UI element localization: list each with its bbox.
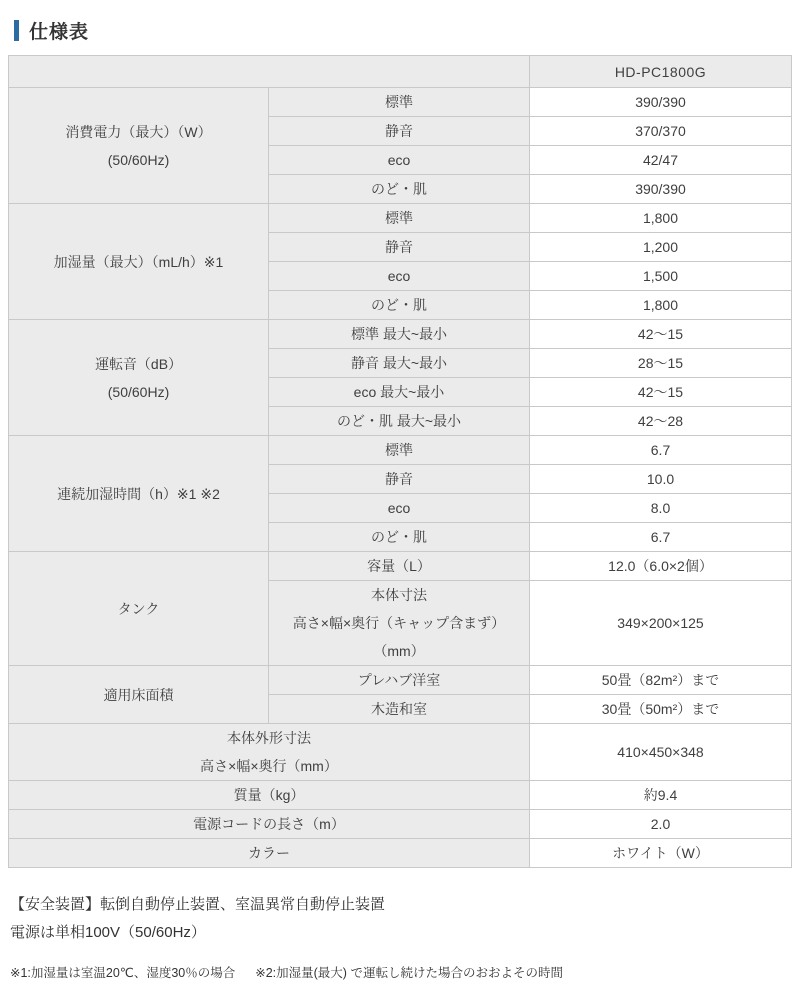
spec-group-label: 連続加湿時間（h）※1 ※2 — [9, 436, 269, 552]
spec-group-label: タンク — [9, 552, 269, 666]
mode-cell: eco — [269, 494, 530, 523]
page-title: 仕様表 — [29, 17, 89, 44]
spec-row-label: 本体外形寸法 高さ×幅×奥行（mm） — [9, 724, 530, 781]
mode-cell: eco — [269, 146, 530, 175]
value-cell: 1,200 — [530, 233, 792, 262]
mode-cell: 標準 — [269, 88, 530, 117]
table-row: タンク 容量（L） 12.0（6.0×2個） — [9, 552, 792, 581]
value-cell: 10.0 — [530, 465, 792, 494]
value-cell: 6.7 — [530, 523, 792, 552]
value-cell: 28〜15 — [530, 349, 792, 378]
section-header: 仕様表 — [0, 0, 800, 55]
table-row: 連続加湿時間（h）※1 ※2 標準 6.7 — [9, 436, 792, 465]
footer: 【安全装置】転倒自動停止装置、室温異常自動停止装置 電源は単相100V（50/6… — [10, 891, 800, 981]
footnote-1: ※1:加湿量は室温20℃、湿度30％の場合 — [10, 966, 235, 980]
group-label-line: (50/60Hz) — [19, 146, 258, 174]
value-cell: 42〜15 — [530, 320, 792, 349]
mode-cell: 本体寸法 高さ×幅×奥行（キャップ含まず）（mm） — [269, 581, 530, 666]
row-label-line: 本体外形寸法 — [19, 724, 519, 752]
group-label-line: 消費電力（最大）（W） — [19, 118, 258, 146]
mode-cell: 容量（L） — [269, 552, 530, 581]
spec-group-label: 運転音（dB） (50/60Hz) — [9, 320, 269, 436]
mode-cell: 静音 — [269, 465, 530, 494]
mode-cell: のど・肌 最大~最小 — [269, 407, 530, 436]
value-cell: 12.0（6.0×2個） — [530, 552, 792, 581]
value-cell: 42/47 — [530, 146, 792, 175]
table-row: 本体外形寸法 高さ×幅×奥行（mm） 410×450×348 — [9, 724, 792, 781]
footnotes: ※1:加湿量は室温20℃、湿度30％の場合※2:加湿量(最大) で運転し続けた場… — [10, 963, 800, 981]
value-cell: 370/370 — [530, 117, 792, 146]
mode-label-line: 高さ×幅×奥行（キャップ含まず）（mm） — [279, 609, 519, 665]
group-label-line: (50/60Hz) — [19, 378, 258, 406]
spec-group-label: 加湿量（最大）（mL/h）※1 — [9, 204, 269, 320]
mode-cell: プレハブ洋室 — [269, 666, 530, 695]
row-label-line: 高さ×幅×奥行（mm） — [19, 752, 519, 780]
power-supply-line: 電源は単相100V（50/60Hz） — [10, 919, 800, 947]
spec-row-label: 質量（kg） — [9, 781, 530, 810]
value-cell: 1,800 — [530, 204, 792, 233]
value-cell: 1,800 — [530, 291, 792, 320]
spec-row-label: 電源コードの長さ（m） — [9, 810, 530, 839]
group-label-line: 連続加湿時間（h）※1 ※2 — [19, 480, 258, 508]
value-cell: 390/390 — [530, 88, 792, 117]
value-cell: 50畳（82m²）まで — [530, 666, 792, 695]
mode-cell: 静音 — [269, 117, 530, 146]
table-row: 適用床面積 プレハブ洋室 50畳（82m²）まで — [9, 666, 792, 695]
title-accent-bar — [14, 20, 19, 41]
table-row: 質量（kg） 約9.4 — [9, 781, 792, 810]
mode-cell: 標準 — [269, 436, 530, 465]
table-row: 運転音（dB） (50/60Hz) 標準 最大~最小 42〜15 — [9, 320, 792, 349]
table-row: HD-PC1800G — [9, 56, 792, 88]
mode-cell: 標準 最大~最小 — [269, 320, 530, 349]
value-cell: 42〜15 — [530, 378, 792, 407]
mode-cell: 静音 — [269, 233, 530, 262]
spec-group-label: 消費電力（最大）（W） (50/60Hz) — [9, 88, 269, 204]
value-cell: 6.7 — [530, 436, 792, 465]
mode-cell: のど・肌 — [269, 175, 530, 204]
page: 仕様表 HD-PC1800G 消費電力（最大）（W） (50/60Hz) 標準 … — [0, 0, 800, 990]
spec-table: HD-PC1800G 消費電力（最大）（W） (50/60Hz) 標準 390/… — [8, 55, 792, 868]
table-row: 電源コードの長さ（m） 2.0 — [9, 810, 792, 839]
table-row: 加湿量（最大）（mL/h）※1 標準 1,800 — [9, 204, 792, 233]
table-row: カラー ホワイト（W） — [9, 839, 792, 868]
group-label-line: タンク — [19, 595, 258, 623]
group-label-line: 適用床面積 — [19, 681, 258, 709]
spec-row-label: カラー — [9, 839, 530, 868]
value-cell: 2.0 — [530, 810, 792, 839]
footnote-2: ※2:加湿量(最大) で運転し続けた場合のおおよその時間 — [255, 966, 563, 980]
group-label-line: 加湿量（最大）（mL/h）※1 — [19, 248, 258, 276]
value-cell: 42〜28 — [530, 407, 792, 436]
value-cell: 30畳（50m²）まで — [530, 695, 792, 724]
mode-cell: 木造和室 — [269, 695, 530, 724]
table-row: 消費電力（最大）（W） (50/60Hz) 標準 390/390 — [9, 88, 792, 117]
value-cell: ホワイト（W） — [530, 839, 792, 868]
mode-cell: のど・肌 — [269, 291, 530, 320]
mode-cell: 標準 — [269, 204, 530, 233]
mode-cell: eco — [269, 262, 530, 291]
group-label-line: 運転音（dB） — [19, 350, 258, 378]
value-cell: 8.0 — [530, 494, 792, 523]
mode-label-line: 本体寸法 — [279, 581, 519, 609]
value-cell: 410×450×348 — [530, 724, 792, 781]
mode-cell: のど・肌 — [269, 523, 530, 552]
model-header-empty-cell — [9, 56, 530, 88]
model-header-cell: HD-PC1800G — [530, 56, 792, 88]
value-cell: 約9.4 — [530, 781, 792, 810]
value-cell: 349×200×125 — [530, 581, 792, 666]
safety-device-line: 【安全装置】転倒自動停止装置、室温異常自動停止装置 — [10, 891, 800, 919]
value-cell: 1,500 — [530, 262, 792, 291]
mode-cell: eco 最大~最小 — [269, 378, 530, 407]
spec-group-label: 適用床面積 — [9, 666, 269, 724]
mode-cell: 静音 最大~最小 — [269, 349, 530, 378]
value-cell: 390/390 — [530, 175, 792, 204]
